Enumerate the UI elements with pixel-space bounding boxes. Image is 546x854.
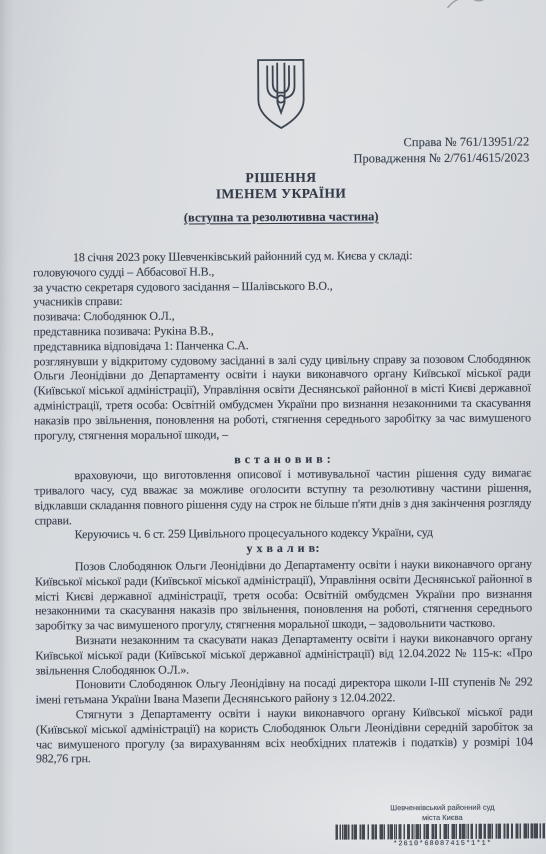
ruled-heading: у х в а л и в: [35, 540, 532, 558]
barcode [335, 823, 546, 839]
ruling-paragraph-reinstate: Поновити Слободянюк Ольгу Леонідівну на … [36, 675, 533, 708]
stamp-court-name-line2: міста Києва [335, 812, 546, 823]
proceeding-number: Провадження № 2/761/4615/2023 [32, 149, 529, 168]
decision-title: РІШЕННЯ ІМЕНЕМ УКРАЇНИ [32, 168, 529, 203]
case-reference-block: Справа № 761/13951/22 Провадження № 2/76… [32, 133, 529, 168]
court-stamp: Шевченківський районний суд міста Києва … [335, 802, 546, 848]
ruling-paragraph-claim: Позов Слободянюк Ольги Леонідівни до Деп… [35, 556, 532, 633]
pen-mark-icon [444, 0, 486, 10]
decision-subtitle: (вступна та резолютивна частина) [33, 208, 530, 226]
barcode-number: *2610*68087415*1*1* [336, 839, 546, 848]
document-content: Справа № 761/13951/22 Провадження № 2/76… [0, 0, 546, 854]
established-paragraph-1: враховуючи, що виготовлення описової і м… [34, 466, 531, 528]
case-description: розглянувши у відкритому судовому засіда… [34, 351, 532, 443]
decision-title-line2: ІМЕНЕМ УКРАЇНИ [33, 184, 530, 203]
scanned-court-decision-page: Справа № 761/13951/22 Провадження № 2/76… [0, 0, 546, 854]
ruling-paragraph-recover-salary: Стягнути з Департаменту освіти і науки в… [36, 704, 533, 766]
decision-body: 18 січня 2023 року Шевченківський районн… [33, 247, 533, 766]
stamp-court-name: Шевченківський районний суд міста Києва [335, 802, 546, 822]
ruling-paragraph-annul-order: Визнати незаконним та скасувати наказ Де… [35, 630, 532, 677]
court-composition: головуючого судді – Аббасової Н.В., за у… [33, 262, 531, 354]
coat-of-arms-icon [251, 57, 309, 132]
